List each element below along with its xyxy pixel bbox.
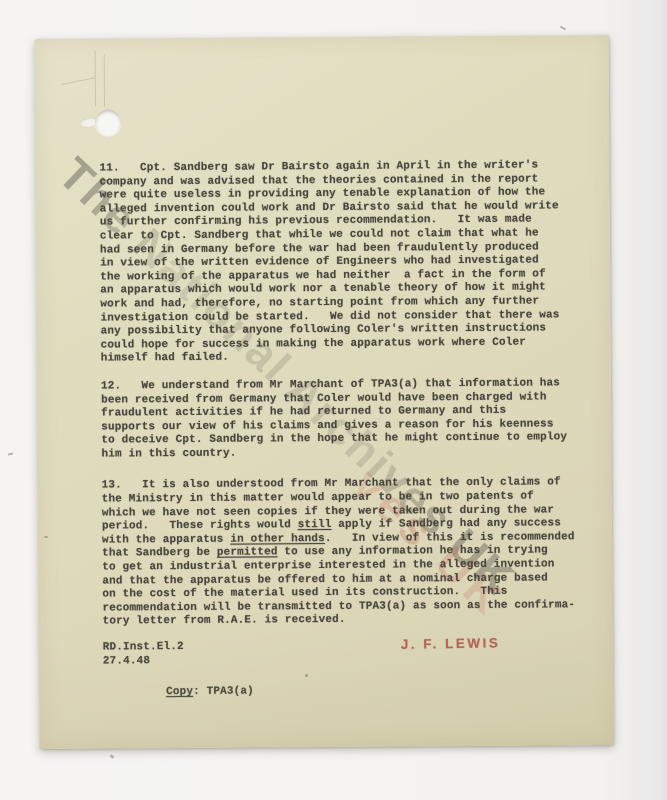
paragraph-12: 12. We understand from Mr Marchant of TP…: [101, 377, 596, 462]
scanned-archive-page: { "watermark": { "main_text": "The Natio…: [0, 0, 667, 800]
paper-speck: [44, 536, 48, 538]
scan-speck: [8, 452, 13, 455]
paper-crease: [104, 55, 105, 107]
copy-value: : TPA3(a): [193, 686, 254, 698]
paper-crease: [61, 77, 95, 85]
signature-stamp: J. F. LEWIS: [401, 635, 501, 652]
copy-label: Copy: [166, 686, 193, 698]
scan-speck: [560, 26, 566, 31]
paragraph-13: 13. It is also understood from Mr Marcha…: [102, 477, 597, 630]
typewritten-text: 11. Cpt. Sandberg saw Dr Bairsto again i…: [99, 159, 597, 700]
paper-crease: [95, 51, 96, 107]
document-paper: The National Archives UK ves UK 11. Cpt.…: [35, 35, 614, 749]
paragraph-11: 11. Cpt. Sandberg saw Dr Bairsto again i…: [99, 159, 594, 366]
reference-and-date: RD.Inst.El.2 27.4.48: [103, 638, 597, 669]
copy-distribution-line: Copy: TPA3(a): [166, 683, 597, 700]
punch-hole: [95, 109, 121, 135]
scan-speck: [110, 754, 115, 759]
